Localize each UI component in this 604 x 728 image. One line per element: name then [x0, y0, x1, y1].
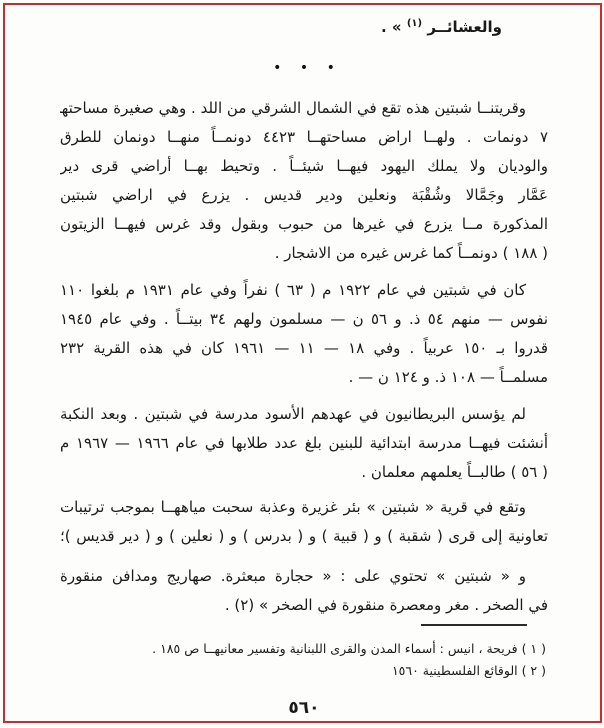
- body-line: نفوس — منهم ٥٤ ذ. و ٥٦ ن — مسلمون ولهم ٣…: [60, 305, 548, 334]
- footnote-item: ( ٢ ) الوقائع الفلسطينية ١٥٦٠: [60, 660, 548, 682]
- body-line: أنشئت فيهــا مدرسة ابتدائية للبنين بلغ ع…: [60, 429, 548, 458]
- body-line: وتقع في قرية « شبتين » بئر غزيرة وعذبة س…: [60, 493, 548, 522]
- carried-over-text: والعشائــر: [427, 18, 502, 36]
- paragraph-village-location: وقريتنــا شبتين هذه تقع في الشمال الشرقي…: [60, 94, 548, 268]
- body-line: المذكورة مــا يزرع في غيرها من حبوب وبقو…: [60, 210, 548, 239]
- paragraph-population: كان في شبتين في عام ١٩٢٢ م ( ٦٣ ) نفراً …: [60, 276, 548, 392]
- body-line: وقريتنــا شبتين هذه تقع في الشمال الشرقي…: [60, 94, 548, 123]
- body-line: ( ١٨٨ ) دونمــاً كما غرس غيره من الاشجار…: [60, 239, 548, 268]
- footnote-marker-1: (١): [407, 18, 422, 29]
- body-line: مسلمــاً — ١٠٨ ذ. و ١٢٤ ن — .: [60, 363, 548, 392]
- carried-over-suffix: » .: [381, 18, 402, 36]
- footnote-item: ( ١ ) فريحة ، انيس : أسماء المدن والقرى …: [60, 638, 548, 660]
- body-line: ( ٥٦ ) طالبــاً يعلمهم معلمان .: [60, 458, 548, 487]
- body-line: قدروا بـ ١٥٠ عربياً . وفي ١٨ — ١١ — ١٩٦١…: [60, 334, 548, 363]
- paragraph-antiquities: و « شبتين » تحتوي على : « حجارة مبعثرة. …: [60, 562, 548, 620]
- body-line: ٧ دونمات . ولهــا اراض مساحتهــا ٤٤٢٣ دو…: [60, 123, 548, 152]
- body-line: كان في شبتين في عام ١٩٢٢ م ( ٦٣ ) نفراً …: [60, 276, 548, 305]
- footnote-separator-rule: [421, 624, 527, 626]
- body-line: لم يؤسس البريطانيون في عهدهم الأسود مدرس…: [60, 400, 548, 429]
- body-line: و « شبتين » تحتوي على : « حجارة مبعثرة. …: [60, 562, 548, 591]
- section-divider-dots: • • •: [60, 61, 548, 77]
- body-line: عَمَّار وجَمَّالا وشُقْبَة ونعلين ودير ق…: [60, 181, 548, 210]
- book-page: والعشائــر (١) » . • • • وقريتنــا شبتين…: [0, 0, 604, 728]
- paragraph-well: وتقع في قرية « شبتين » بئر غزيرة وعذبة س…: [60, 493, 548, 551]
- body-line: في الصخر . مغر ومعصرة منقورة في الصخر » …: [60, 591, 548, 620]
- carried-over-line: والعشائــر (١) » .: [60, 12, 548, 39]
- footnotes-block: ( ١ ) فريحة ، انيس : أسماء المدن والقرى …: [60, 638, 548, 682]
- page-number: ٥٦٠: [60, 698, 548, 718]
- page-content: والعشائــر (١) » . • • • وقريتنــا شبتين…: [60, 6, 548, 718]
- body-line: تعاونية إلى قرى ( شقبة ) و ( قبية ) و ( …: [60, 522, 548, 551]
- body-line: والوديان ولا يملك اليهود فيهــا شيئــاً …: [60, 152, 548, 181]
- paragraph-school: لم يؤسس البريطانيون في عهدهم الأسود مدرس…: [60, 400, 548, 487]
